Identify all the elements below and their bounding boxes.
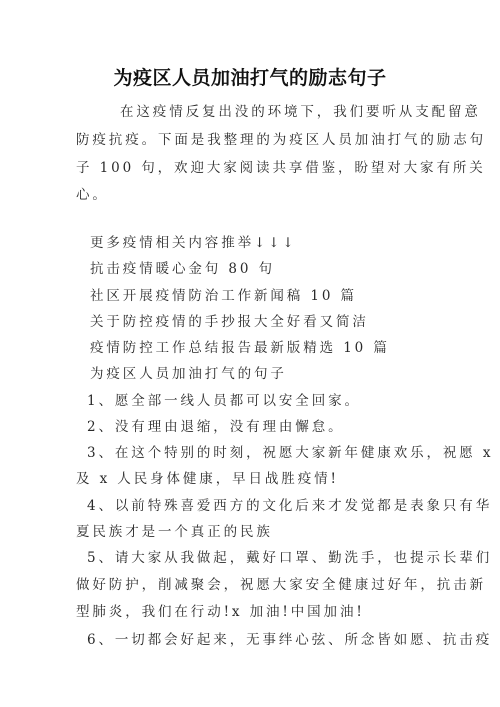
related-header: 更多疫情相关内容推举↓↓↓ [90,234,297,252]
document-title: 为疫区人员加油打气的励志句子 [0,63,500,90]
list-item-5-cont: 型肺炎，我们在行动!x 加油!中国加油! [76,603,365,621]
list-item-4: 4、以前特殊喜爱西方的文化后来才发觉都是表象只有华 [87,497,492,515]
intro-line: 防疫抗疫。下面是我整理的为疫区人员加油打气的励志句 [76,131,486,149]
intro-line: 心。 [76,186,109,204]
list-item-1: 1、愿全部一线人员都可以安全回家。 [87,392,361,410]
list-item-4-cont: 夏民族才是一个真正的民族 [76,523,273,541]
list-item-6: 6、一切都会好起来，无事绊心弦、所念皆如愿、抗击疫 [87,631,492,649]
intro-line: 在这疫情反复出没的环境下，我们要听从支配留意 [120,103,481,121]
document-page: 为疫区人员加油打气的励志句子 在这疫情反复出没的环境下，我们要听从支配留意 防疫… [0,0,500,707]
list-item-3-cont: 及 x 人民身体健康，早日战胜疫情! [76,470,339,488]
list-item-3: 3、在这个特别的时刻，祝愿大家新年健康欢乐，祝愿 x [87,444,493,462]
related-link[interactable]: 关于防控疫情的手抄报大全好看又简洁 [90,313,369,331]
related-link[interactable]: 疫情防控工作总结报告最新版精选 10 篇 [90,339,390,357]
related-link[interactable]: 抗击疫情暖心金句 80 句 [90,260,275,278]
list-item-5: 5、请大家从我做起，戴好口罩、勤洗手，也提示长辈们 [87,549,492,567]
section-heading: 为疫区人员加油打气的句子 [90,365,287,383]
list-item-2: 2、没有理由退缩，没有理由懈怠。 [87,418,345,436]
related-link[interactable]: 社区开展疫情防治工作新闻稿 10 篇 [90,287,357,305]
intro-line: 子 100 句，欢迎大家阅读共享借鉴，盼望对大家有所关 [76,159,486,177]
list-item-5-cont: 做好防护，削减聚会，祝愿大家安全健康过好年，抗击新 [76,576,486,594]
